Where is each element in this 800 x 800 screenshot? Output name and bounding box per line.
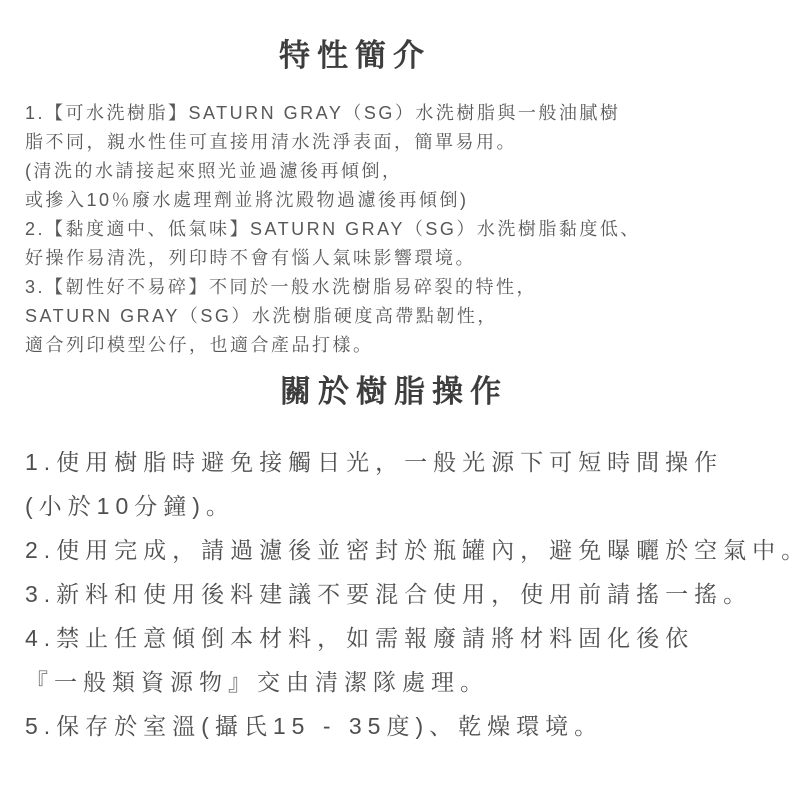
section2-line-2: (小於10分鐘)。 [25, 484, 795, 528]
section2-line-4: 3.新料和使用後料建議不要混合使用，使用前請搖一搖。 [25, 572, 795, 616]
section2-line-7: 5.保存於室溫(攝氏15 - 35度)、乾燥環境。 [25, 704, 795, 748]
section2-line-1: 1.使用樹脂時避免接觸日光，一般光源下可短時間操作 [25, 440, 795, 484]
section2-line-5: 4.禁止任意傾倒本材料，如需報廢請將材料固化後依 [25, 616, 795, 660]
page-container: 特性簡介 1.【可水洗樹脂】SATURN GRAY（SG）水洗樹脂與一般油膩樹 … [0, 0, 800, 800]
section1-line-4: 或摻入10％廢水處理劑並將沈殿物過濾後再傾倒) [25, 186, 795, 215]
section2-line-6: 『一般類資源物』交由清潔隊處理。 [25, 660, 795, 704]
section1-title: 特性簡介 [0, 30, 710, 75]
section2-title: 關於樹脂操作 [0, 366, 788, 411]
section1-line-9: 適合列印模型公仔，也適合產品打樣。 [25, 331, 795, 360]
section1-line-7: 3.【韌性好不易碎】不同於一般水洗樹脂易碎裂的特性， [25, 273, 795, 302]
section2-body: 1.使用樹脂時避免接觸日光，一般光源下可短時間操作 (小於10分鐘)。 2.使用… [25, 440, 795, 748]
section1-line-6: 好操作易清洗，列印時不會有惱人氣味影響環境。 [25, 244, 795, 273]
section1-line-2: 脂不同，親水性佳可直接用清水洗淨表面，簡單易用。 [25, 128, 795, 157]
section2-line-3: 2.使用完成，請過濾後並密封於瓶罐內，避免曝曬於空氣中。 [25, 528, 795, 572]
section1-line-5: 2.【黏度適中、低氣味】SATURN GRAY（SG）水洗樹脂黏度低、 [25, 215, 795, 244]
section1-line-8: SATURN GRAY（SG）水洗樹脂硬度高帶點韌性， [25, 302, 795, 331]
section1-body: 1.【可水洗樹脂】SATURN GRAY（SG）水洗樹脂與一般油膩樹 脂不同，親… [25, 99, 795, 360]
section1-line-1: 1.【可水洗樹脂】SATURN GRAY（SG）水洗樹脂與一般油膩樹 [25, 99, 795, 128]
section1-line-3: (清洗的水請接起來照光並過濾後再傾倒， [25, 157, 795, 186]
